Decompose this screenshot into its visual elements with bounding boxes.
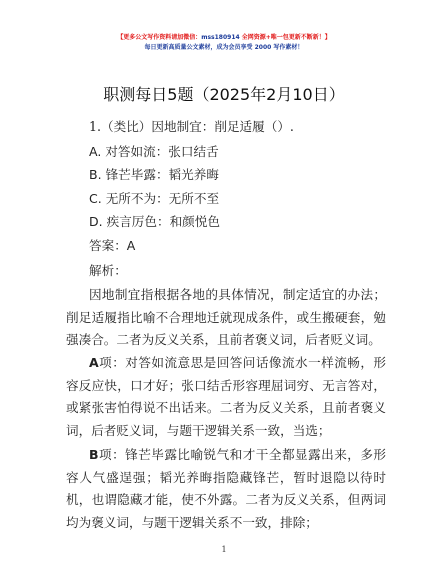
answer-value: A	[127, 238, 136, 253]
option-b: B. 锋芒毕露：韬光养晦	[89, 164, 219, 183]
analysis-label: 解析：	[89, 260, 127, 279]
analysis-paragraph-b: B项：锋芒毕露比喻锐气和才干全都显露出来，多形容人气盛逞强；韬光养晦指隐藏锋芒，…	[66, 444, 386, 534]
wechat-id: mss180914	[201, 34, 239, 41]
banner-line-1: 【更多公文写作资料请加微信：mss180914 全网资源+唯一包更新不断新！】	[0, 32, 448, 41]
answer-line: 答案：A	[89, 235, 135, 254]
page-title: 职测每日5题（2025年2月10日）	[0, 82, 448, 105]
analysis-paragraph-stem: 因地制宜指根据各地的具体情况，制定适宜的办法；削足适履指比喻不合理地迁就现成条件…	[66, 284, 386, 352]
option-a: A. 对答如流：张口结舌	[89, 141, 219, 160]
question-stem: 1.（类比）因地制宜：削足适履（）.	[89, 116, 294, 135]
analysis-paragraph-a: A项：对答如流意思是回答问话像流水一样流畅，形容反应快，口才好；张口结舌形容理屈…	[66, 352, 386, 442]
banner-line-2: 每日更新高质量公文素材，成为会员享受 2000 写作素材！	[0, 42, 448, 51]
page-number: 1	[0, 545, 448, 554]
option-d: D. 疾言厉色：和颜悦色	[89, 211, 220, 230]
option-c: C. 无所不为：无所不至	[89, 188, 219, 207]
